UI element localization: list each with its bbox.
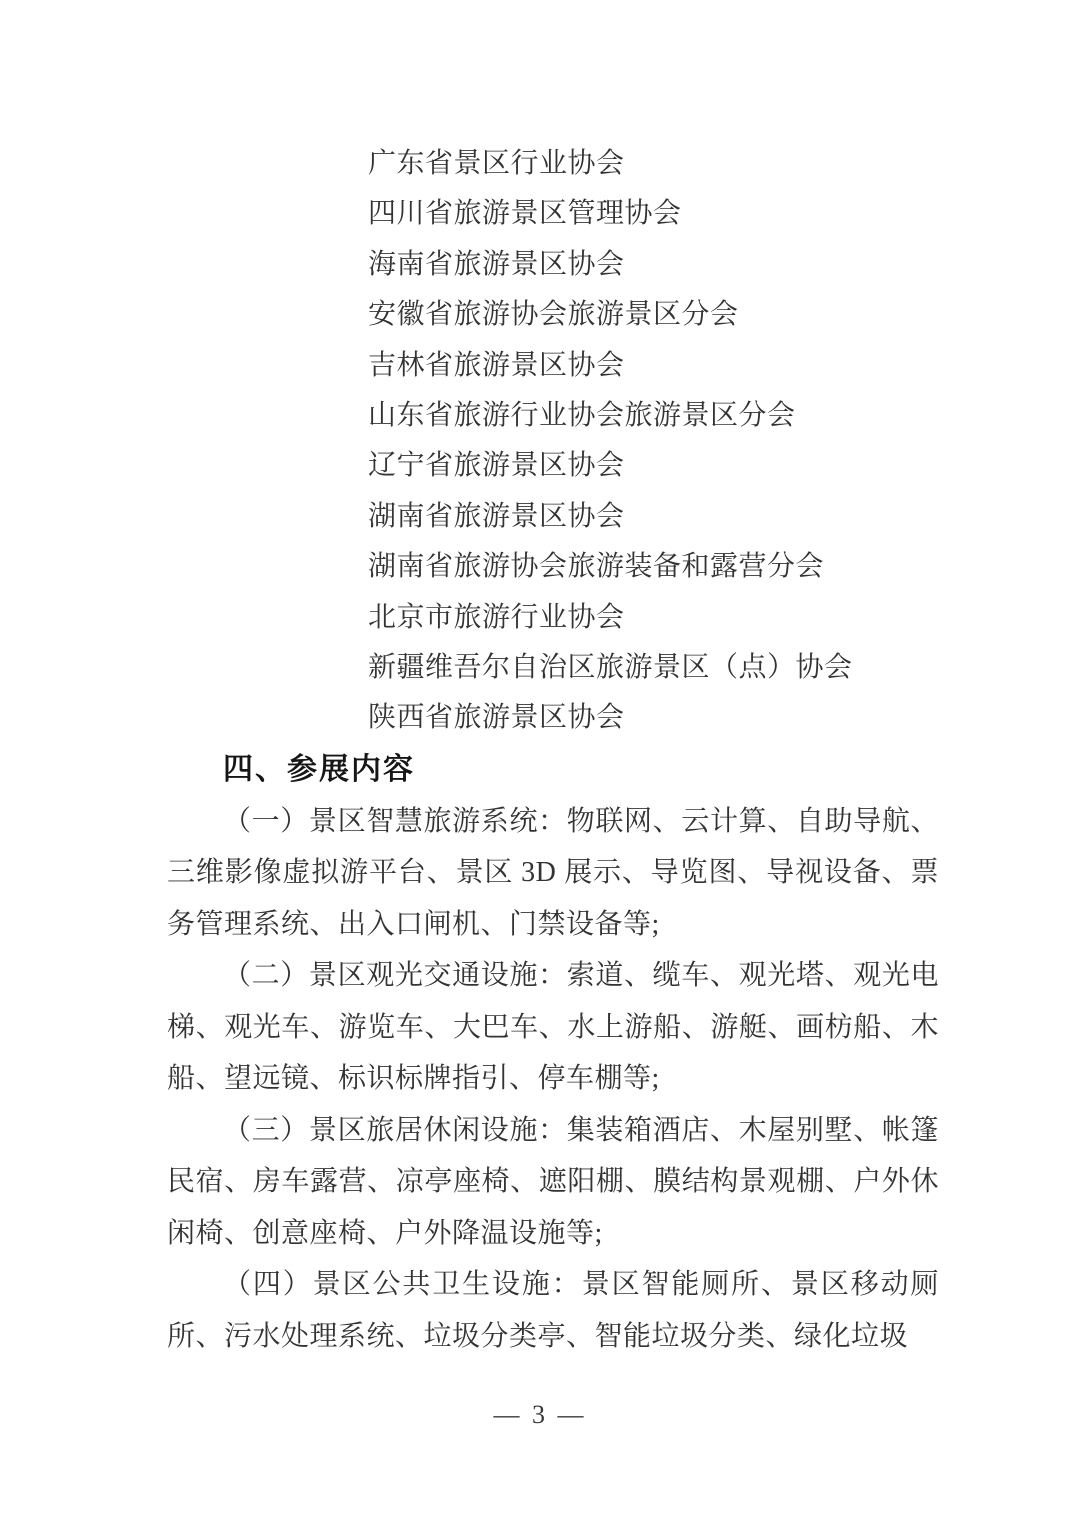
paragraph-exhibit-transport: （二）景区观光交通设施：索道、缆车、观光塔、观光电梯、观光车、游览车、大巴车、水… [167,950,939,1105]
association-list-item: 陕西省旅游景区协会 [368,693,939,743]
document-page: 广东省景区行业协会 四川省旅游景区管理协会 海南省旅游景区协会 安徽省旅游协会旅… [0,0,1080,1527]
association-list-item: 山东省旅游行业协会旅游景区分会 [368,391,939,441]
association-list-item: 湖南省旅游协会旅游装备和露营分会 [368,542,939,592]
association-list: 广东省景区行业协会 四川省旅游景区管理协会 海南省旅游景区协会 安徽省旅游协会旅… [368,139,939,744]
association-list-item: 湖南省旅游景区协会 [368,492,939,542]
paragraph-exhibit-leisure: （三）景区旅居休闲设施：集装箱酒店、木屋别墅、帐篷民宿、房车露营、凉亭座椅、遮阳… [167,1105,939,1260]
page-number: — 3 — [0,1400,1080,1430]
paragraph-exhibit-smart-tourism: （一）景区智慧旅游系统：物联网、云计算、自助导航、三维影像虚拟游平台、景区 3D… [167,796,939,951]
association-list-item: 海南省旅游景区协会 [368,240,939,290]
paragraph-exhibit-sanitation: （四）景区公共卫生设施：景区智能厕所、景区移动厕所、污水处理系统、垃圾分类亭、智… [167,1259,939,1362]
association-list-item: 吉林省旅游景区协会 [368,341,939,391]
document-body: 广东省景区行业协会 四川省旅游景区管理协会 海南省旅游景区协会 安徽省旅游协会旅… [167,139,939,1362]
association-list-item: 广东省景区行业协会 [368,139,939,189]
association-list-item: 辽宁省旅游景区协会 [368,441,939,491]
association-list-item: 安徽省旅游协会旅游景区分会 [368,290,939,340]
association-list-item: 北京市旅游行业协会 [368,593,939,643]
association-list-item: 新疆维吾尔自治区旅游景区（点）协会 [368,643,939,693]
association-list-item: 四川省旅游景区管理协会 [368,189,939,239]
section-heading: 四、参展内容 [223,744,939,796]
